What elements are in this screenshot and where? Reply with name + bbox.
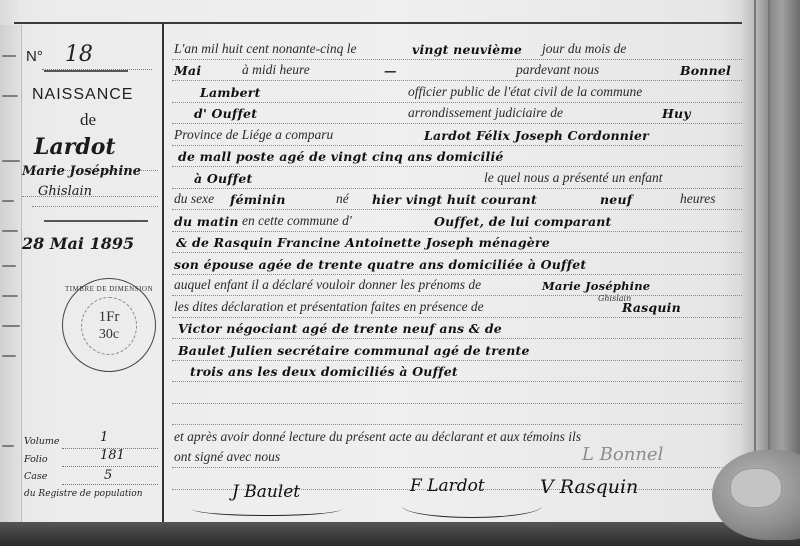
signature-flourish — [402, 494, 542, 518]
printed-text: officier public de l'état civil de la co… — [408, 84, 642, 100]
folio-value: 181 — [100, 448, 125, 463]
dotted-line — [62, 466, 158, 467]
body-line-1: L'an mil huit cent nonante-cinq le vingt… — [172, 38, 742, 60]
record-body: L'an mil huit cent nonante-cinq le vingt… — [172, 24, 742, 524]
body-line-14: Victor négociant agé de trente neuf ans … — [172, 318, 742, 340]
names-underline — [44, 220, 148, 222]
printed-text: en cette commune d' — [242, 213, 352, 229]
printed-text: à midi heure — [242, 62, 310, 78]
laurel-wreath-icon — [81, 297, 137, 355]
signature-witness-baulet: J Baulet — [232, 482, 300, 502]
body-line-7: à Ouffet le quel nous a présenté un enfa… — [172, 167, 742, 189]
handwritten-text: à Ouffet — [194, 171, 253, 186]
volume-label: Volume — [24, 436, 60, 447]
handwritten-text: Bonnel — [680, 63, 731, 78]
holder-thumbnail — [730, 468, 782, 508]
body-line-2: Mai à midi heure — pardevant nous Bonnel — [172, 60, 742, 82]
child-given-names-1: Marie Joséphine — [22, 164, 141, 179]
column-divider — [162, 22, 164, 522]
body-line-15: Baulet Julien secrétaire communal agé de… — [172, 339, 742, 361]
printed-text: Province de Liége a comparu — [174, 127, 333, 143]
body-line-6: de mall poste agé de vingt cinq ans domi… — [172, 146, 742, 168]
record-number-label: N° — [26, 48, 43, 65]
binding-edge — [768, 0, 770, 470]
body-line-18 — [172, 404, 742, 426]
dotted-line — [32, 206, 158, 207]
handwritten-text: son épouse agée de trente quatre ans dom… — [174, 257, 586, 272]
handwritten-text: Rasquin — [622, 300, 681, 315]
scanned-register-page: N°18 NAISSANCE de Lardot Marie Joséphine… — [0, 0, 800, 546]
printed-text: auquel enfant il a déclaré vouloir donne… — [174, 277, 481, 293]
handwritten-text: Ouffet, de lui comparant — [434, 214, 612, 229]
handwritten-text: — — [384, 63, 397, 78]
revenue-stamp: TIMBRE DE DIMENSION 1Fr 30c — [62, 278, 156, 372]
printed-text: le quel nous a présenté un enfant — [484, 170, 662, 186]
child-given-names-2: Ghislain — [38, 184, 92, 199]
case-label: Case — [24, 471, 47, 482]
record-number-value: 18 — [65, 42, 93, 67]
child-surname: Lardot — [34, 134, 116, 160]
body-line-8: du sexe féminin né hier vingt huit coura… — [172, 189, 742, 211]
signature-witness-rasquin: V Rasquin — [540, 476, 638, 498]
stamp-value-cents: 30c — [63, 327, 155, 343]
handwritten-text: d' Ouffet — [194, 106, 257, 121]
register-footer: du Registre de population — [24, 489, 143, 499]
signature-declarant-lardot: F Lardot — [410, 476, 485, 496]
printed-text: L'an mil huit cent nonante-cinq le — [174, 41, 356, 57]
registration-date: 28 Mai 1895 — [22, 234, 134, 253]
body-line-3: Lambert officier public de l'état civil … — [172, 81, 742, 103]
body-line-13: les dites déclaration et présentation fa… — [172, 296, 742, 318]
handwritten-text: féminin — [230, 192, 286, 207]
handwritten-text: neuf — [600, 192, 632, 207]
body-line-17 — [172, 382, 742, 404]
heading-de: de — [80, 110, 96, 130]
handwritten-text: vingt neuvième — [412, 42, 522, 57]
handwritten-text: hier vingt huit courant — [372, 192, 537, 207]
handwritten-text: du matin — [174, 214, 239, 229]
body-line-9: du matin en cette commune d' Ouffet, de … — [172, 210, 742, 232]
dotted-line — [62, 484, 158, 485]
previous-page-edge — [0, 25, 22, 525]
signature-officer: L Bonnel — [582, 444, 663, 465]
body-line-10: & de Rasquin Francine Antoinette Joseph … — [172, 232, 742, 254]
printed-text: jour du mois de — [542, 41, 626, 57]
heading-naissance: NAISSANCE — [32, 86, 133, 104]
case-value: 5 — [104, 468, 112, 483]
binding-edge — [754, 0, 756, 470]
handwritten-text: & de Rasquin Francine Antoinette Joseph … — [176, 235, 550, 250]
stamp-value-francs: 1Fr — [63, 309, 155, 326]
handwritten-text: Baulet Julien secrétaire communal agé de… — [178, 343, 530, 358]
body-line-11: son épouse agée de trente quatre ans dom… — [172, 253, 742, 275]
body-line-4: d' Ouffet arrondissement judiciaire de H… — [172, 103, 742, 125]
handwritten-text: Lambert — [200, 85, 261, 100]
record-number: N°18 — [26, 42, 93, 67]
signature-flourish — [192, 502, 342, 516]
body-line-16: trois ans les deux domiciliés à Ouffet — [172, 361, 742, 383]
volume-value: 1 — [100, 430, 108, 445]
printed-text: ont signé avec nous — [174, 449, 280, 465]
stamp-text: TIMBRE DE DIMENSION — [63, 285, 155, 293]
printed-text: les dites déclaration et présentation fa… — [174, 299, 484, 315]
folio-label: Folio — [24, 454, 48, 465]
printed-text: heures — [680, 191, 716, 207]
page-bottom-shadow — [0, 522, 800, 546]
handwritten-text: de mall poste agé de vingt cinq ans domi… — [178, 149, 504, 164]
body-line-12: auquel enfant il a déclaré vouloir donne… — [172, 275, 742, 297]
handwritten-text: Huy — [662, 106, 691, 121]
handwritten-text: Lardot Félix Joseph Cordonnier — [424, 128, 649, 143]
number-underline — [44, 70, 128, 72]
handwritten-text: Marie Joséphine — [542, 279, 650, 293]
body-line-5: Province de Liége a comparu Lardot Félix… — [172, 124, 742, 146]
handwritten-text: Victor négociant agé de trente neuf ans … — [178, 321, 502, 336]
printed-text: arrondissement judiciaire de — [408, 105, 563, 121]
handwritten-text: Mai — [174, 63, 201, 78]
margin-column: N°18 NAISSANCE de Lardot Marie Joséphine… — [22, 24, 162, 524]
printed-text: et après avoir donné lecture du présent … — [174, 429, 581, 445]
printed-text: né — [336, 191, 349, 207]
printed-text: du sexe — [174, 191, 214, 207]
printed-text: pardevant nous — [516, 62, 599, 78]
handwritten-text: trois ans les deux domiciliés à Ouffet — [190, 364, 458, 379]
